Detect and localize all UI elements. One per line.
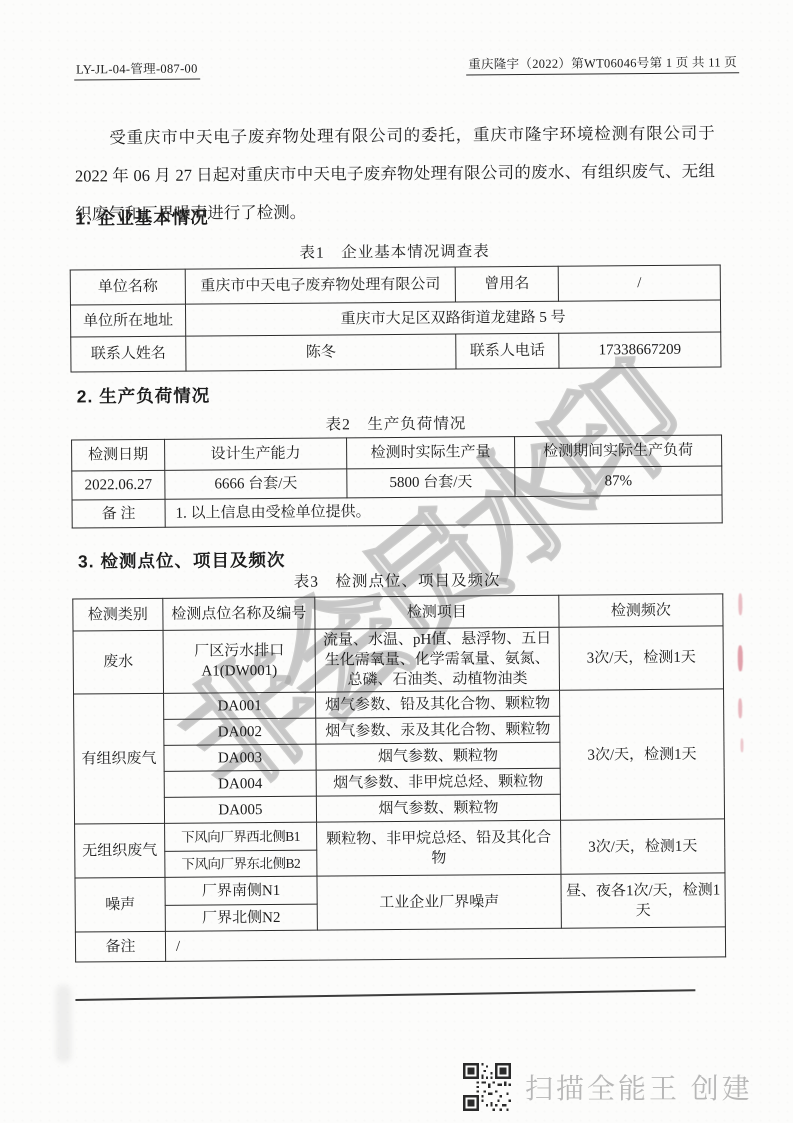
phone-label: 联系人电话 xyxy=(456,333,559,369)
scanned-report-page: 非会员水印 LY-JL-04-管理-087-00 重庆隆宇（2022）第WT06… xyxy=(0,0,793,1123)
table-row: 联系人姓名 陈冬 联系人电话 17338667209 xyxy=(71,332,721,372)
camscanner-footer: 扫描全能王 创建 xyxy=(463,1062,753,1112)
table1-company-info: 单位名称 重庆市中天电子废弃物处理有限公司 曾用名 / 单位所在地址 重庆市大足… xyxy=(70,264,722,372)
freq-unorganized-gas: 3次/天，检测1天 xyxy=(561,819,725,874)
col-header: 检测日期 xyxy=(72,439,165,471)
col-header: 检测项目 xyxy=(315,595,559,629)
items-da003: 烟气参数、颗粒物 xyxy=(316,742,560,770)
point-n1: 厂界南侧N1 xyxy=(165,876,317,905)
address-label: 单位所在地址 xyxy=(70,304,185,337)
load-percent-value: 87% xyxy=(515,466,722,497)
section2-heading: 2. 生产负荷情况 xyxy=(77,382,211,408)
red-ink-bleed-mark xyxy=(738,593,742,615)
items-unorganized-gas: 颗粒物、非甲烷总烃、铅及其化合物 xyxy=(317,820,561,876)
section1-heading: 1. 企业基本情况 xyxy=(75,204,209,230)
point-da002: DA002 xyxy=(164,718,316,745)
table-row: 单位所在地址 重庆市大足区双路街道龙建路 5 号 xyxy=(70,300,720,337)
remark-value: / xyxy=(165,927,725,961)
point-da003: DA003 xyxy=(164,744,316,771)
remark-row: 备注 / xyxy=(75,927,725,962)
col-header: 检测时实际生产量 xyxy=(347,437,515,469)
bottom-divider-line xyxy=(75,989,695,1001)
freq-noise: 昼、夜各1次/天，检测1天 xyxy=(561,873,725,928)
point-da001: DA001 xyxy=(164,692,316,719)
table-header-row: 检测类别 检测点位名称及编号 检测项目 检测频次 xyxy=(73,594,723,631)
design-capacity-value: 6666 台套/天 xyxy=(165,469,347,499)
table3-monitoring-points: 检测类别 检测点位名称及编号 检测项目 检测频次 废水 厂区污水排口 A1(DW… xyxy=(72,593,726,962)
col-header: 检测点位名称及编号 xyxy=(163,597,315,630)
col-header: 检测频次 xyxy=(559,594,723,627)
former-name-value: / xyxy=(558,265,720,301)
qr-code-icon xyxy=(463,1062,511,1112)
unit-name-label: 单位名称 xyxy=(70,269,185,305)
category-wastewater: 废水 xyxy=(73,630,163,694)
point-wastewater: 厂区污水排口 A1(DW001) xyxy=(163,629,315,693)
freq-organized-gas: 3次/天，检测1天 xyxy=(560,689,725,820)
point-b1: 下风向厂界西北侧B1 xyxy=(165,822,317,851)
remark-label: 备 注 xyxy=(72,499,165,528)
col-header: 设计生产能力 xyxy=(165,438,347,470)
items-da001: 烟气参数、铅及其化合物、颗粒物 xyxy=(316,690,560,718)
point-b2: 下风向厂界东北侧B2 xyxy=(165,850,317,877)
table-header-row: 检测日期 设计生产能力 检测时实际生产量 检测期间实际生产负荷 xyxy=(72,435,722,471)
col-header: 检测类别 xyxy=(73,598,163,631)
remark-value: 1. 以上信息由受检单位提供。 xyxy=(165,495,722,527)
contact-value: 陈冬 xyxy=(186,334,456,371)
point-da005: DA005 xyxy=(164,796,316,823)
point-line2: A1(DW001) xyxy=(168,661,311,682)
table2-caption: 表2 生产负荷情况 xyxy=(71,409,721,436)
items-da005: 烟气参数、颗粒物 xyxy=(316,794,560,822)
former-name-label: 曾用名 xyxy=(455,266,558,302)
unit-name-value: 重庆市中天电子废弃物处理有限公司 xyxy=(185,267,455,304)
items-da004: 烟气参数、非甲烷总烃、颗粒物 xyxy=(316,768,560,796)
col-header: 检测期间实际生产负荷 xyxy=(515,435,722,468)
table2-production-load: 检测日期 设计生产能力 检测时实际生产量 检测期间实际生产负荷 2022.06.… xyxy=(71,434,723,528)
red-ink-bleed-mark xyxy=(738,698,742,718)
unorganized-row: 无组织废气 下风向厂界西北侧B1 颗粒物、非甲烷总烃、铅及其化合物 3次/天，检… xyxy=(75,819,725,852)
doc-code: LY-JL-04-管理-087-00 xyxy=(74,59,200,81)
items-wastewater: 流量、水温、pH值、悬浮物、五日生化需氧量、化学需氧量、氨氮、总磷、石油类、动植… xyxy=(315,627,559,692)
remark-row: 备 注 1. 以上信息由受检单位提供。 xyxy=(72,495,722,528)
noise-row: 噪声 厂界南侧N1 工业企业厂界噪声 昼、夜各1次/天，检测1天 xyxy=(75,873,725,906)
point-da004: DA004 xyxy=(164,770,316,797)
category-unorganized-gas: 无组织废气 xyxy=(75,823,165,878)
scan-content: 非会员水印 LY-JL-04-管理-087-00 重庆隆宇（2022）第WT06… xyxy=(0,0,793,1123)
table3-caption: 表3 检测点位、项目及频次 xyxy=(72,566,722,593)
items-noise: 工业企业厂界噪声 xyxy=(317,874,561,930)
red-ink-bleed-mark xyxy=(740,738,743,752)
scan-edge-smudge xyxy=(55,985,72,1063)
point-line1: 厂区污水排口 xyxy=(168,641,311,662)
remark-label: 备注 xyxy=(75,931,165,962)
category-organized-gas: 有组织废气 xyxy=(74,693,165,824)
red-ink-bleed-mark xyxy=(738,645,743,671)
date-value: 2022.06.27 xyxy=(72,470,165,500)
camscanner-credit-text: 扫描全能王 创建 xyxy=(525,1067,753,1107)
table1-caption: 表1 企业基本情况调查表 xyxy=(69,237,719,264)
table-row: 单位名称 重庆市中天电子废弃物处理有限公司 曾用名 / xyxy=(70,265,720,305)
report-number-page-info: 重庆隆宇（2022）第WT06046号第 1 页 共 11 页 xyxy=(466,52,739,75)
phone-value: 17338667209 xyxy=(559,332,721,368)
freq-wastewater: 3次/天，检测1天 xyxy=(559,626,723,690)
organized-row: 有组织废气 DA001 烟气参数、铅及其化合物、颗粒物 3次/天，检测1天 xyxy=(74,689,724,720)
point-n2: 厂界北侧N2 xyxy=(165,904,317,931)
category-noise: 噪声 xyxy=(75,877,165,932)
actual-output-value: 5800 台套/天 xyxy=(347,468,515,498)
items-da002: 烟气参数、汞及其化合物、颗粒物 xyxy=(316,716,560,744)
contact-label: 联系人姓名 xyxy=(71,336,186,372)
address-value: 重庆市大足区双路街道龙建路 5 号 xyxy=(185,300,720,336)
wastewater-row: 废水 厂区污水排口 A1(DW001) 流量、水温、pH值、悬浮物、五日生化需氧… xyxy=(73,626,723,694)
